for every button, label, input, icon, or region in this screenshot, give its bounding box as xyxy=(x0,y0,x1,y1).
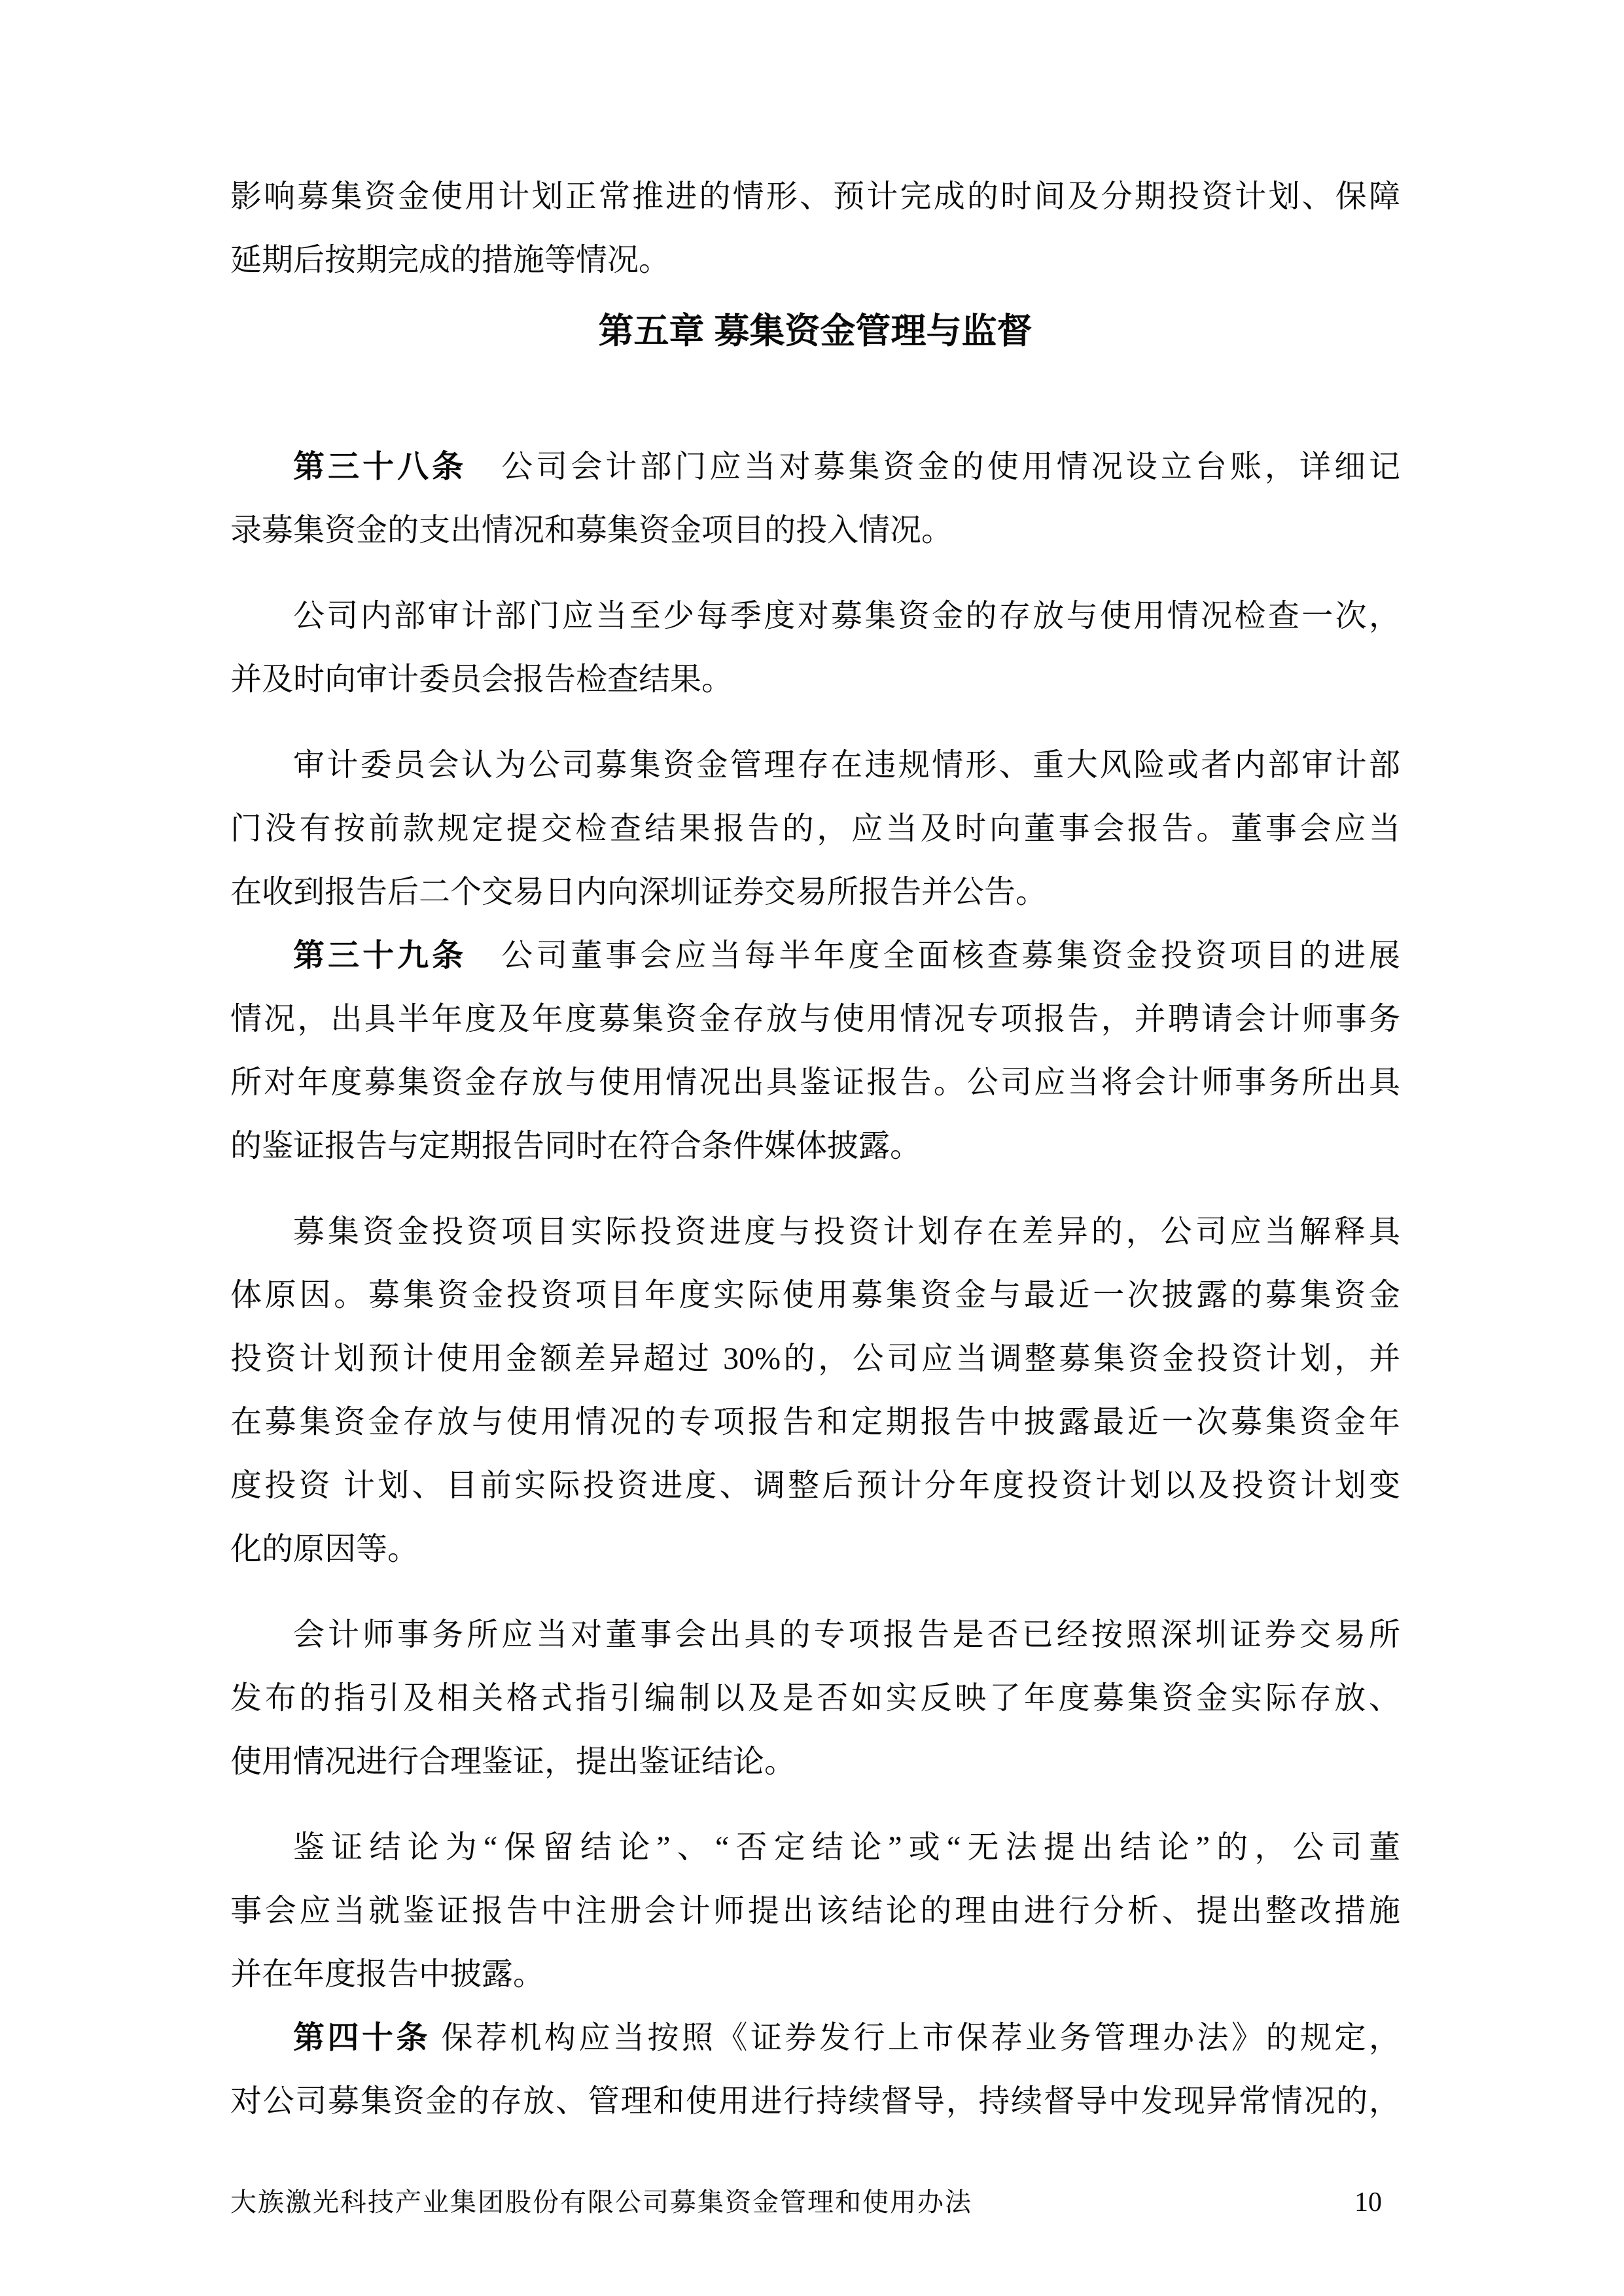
page-number: 10 xyxy=(1354,2184,1382,2221)
text-line: 度投资 计划、目前实际投资进度、调整后预计分年度投资计划以及投资计划变 xyxy=(230,1454,1400,1517)
text-line: 鉴证结论为“保留结论”、“否定结论”或“无法提出结论”的，公司董 xyxy=(230,1816,1400,1879)
text-line: 所对年度募集资金存放与使用情况出具鉴证报告。公司应当将会计师事务所出具 xyxy=(230,1051,1400,1114)
chapter-heading: 第五章 募集资金管理与监督 xyxy=(230,300,1400,363)
text-line: 并在年度报告中披露。 xyxy=(230,1943,1400,2006)
chapter-heading-text: 第五章 募集资金管理与监督 xyxy=(230,300,1400,363)
paragraph: 审计委员会认为公司募集资金管理存在违规情形、重大风险或者内部审计部门没有按前款规… xyxy=(230,733,1400,924)
paragraph: 会计师事务所应当对董事会出具的专项报告是否已经按照深圳证券交易所发布的指引及相关… xyxy=(230,1603,1400,1793)
article-number: 第四十条 xyxy=(293,2021,431,2055)
text-line: 影响募集资金使用计划正常推进的情形、预计完成的时间及分期投资计划、保障 xyxy=(230,165,1400,228)
text-line: 公司内部审计部门应当至少每季度对募集资金的存放与使用情况检查一次， xyxy=(230,584,1400,648)
document-page: 影响募集资金使用计划正常推进的情形、预计完成的时间及分期投资计划、保障延期后按期… xyxy=(0,0,1624,2296)
text-line: 对公司募集资金的存放、管理和使用进行持续督导，持续督导中发现异常情况的， xyxy=(230,2070,1400,2133)
document-content: 影响募集资金使用计划正常推进的情形、预计完成的时间及分期投资计划、保障延期后按期… xyxy=(230,165,1400,2133)
text-line: 发布的指引及相关格式指引编制以及是否如实反映了年度募集资金实际存放、 xyxy=(230,1667,1400,1730)
text-line: 会计师事务所应当对董事会出具的专项报告是否已经按照深圳证券交易所 xyxy=(230,1603,1400,1667)
text-line: 录募集资金的支出情况和募集资金项目的投入情况。 xyxy=(230,499,1400,562)
paragraph: 公司内部审计部门应当至少每季度对募集资金的存放与使用情况检查一次，并及时向审计委… xyxy=(230,584,1400,711)
text-line: 在募集资金存放与使用情况的专项报告和定期报告中披露最近一次募集资金年 xyxy=(230,1390,1400,1454)
text-line: 第三十九条 公司董事会应当每半年度全面核查募集资金投资项目的进展 xyxy=(230,924,1400,987)
text-line: 第三十八条 公司会计部门应当对募集资金的使用情况设立台账，详细记 xyxy=(230,435,1400,499)
text-line: 投资计划预计使用金额差异超过 30%的，公司应当调整募集资金投资计划，并 xyxy=(230,1327,1400,1390)
text-line: 在收到报告后二个交易日内向深圳证券交易所报告并公告。 xyxy=(230,860,1400,924)
text-line: 第四十条 保荐机构应当按照《证券发行上市保荐业务管理办法》的规定， xyxy=(230,2006,1400,2070)
paragraph: 第四十条 保荐机构应当按照《证券发行上市保荐业务管理办法》的规定，对公司募集资金… xyxy=(230,2006,1400,2133)
text-line: 审计委员会认为公司募集资金管理存在违规情形、重大风险或者内部审计部 xyxy=(230,733,1400,797)
text-line: 的鉴证报告与定期报告同时在符合条件媒体披露。 xyxy=(230,1114,1400,1178)
paragraph: 影响募集资金使用计划正常推进的情形、预计完成的时间及分期投资计划、保障延期后按期… xyxy=(230,165,1400,292)
text-line: 事会应当就鉴证报告中注册会计师提出该结论的理由进行分析、提出整改措施 xyxy=(230,1879,1400,1943)
article-number: 第三十八条 xyxy=(293,450,467,484)
footer-title: 大族激光科技产业集团股份有限公司募集资金管理和使用办法 xyxy=(230,2184,972,2221)
paragraph: 募集资金投资项目实际投资进度与投资计划存在差异的，公司应当解释具体原因。募集资金… xyxy=(230,1200,1400,1581)
text-line: 化的原因等。 xyxy=(230,1517,1400,1581)
paragraph: 第三十九条 公司董事会应当每半年度全面核查募集资金投资项目的进展情况，出具半年度… xyxy=(230,924,1400,1178)
paragraph: 第三十八条 公司会计部门应当对募集资金的使用情况设立台账，详细记录募集资金的支出… xyxy=(230,435,1400,562)
article-number: 第三十九条 xyxy=(293,938,467,973)
text-line: 体原因。募集资金投资项目年度实际使用募集资金与最近一次披露的募集资金 xyxy=(230,1263,1400,1327)
text-line: 延期后按期完成的措施等情况。 xyxy=(230,228,1400,292)
text-line: 募集资金投资项目实际投资进度与投资计划存在差异的，公司应当解释具 xyxy=(230,1200,1400,1263)
text-line: 门没有按前款规定提交检查结果报告的，应当及时向董事会报告。董事会应当 xyxy=(230,797,1400,860)
text-line: 并及时向审计委员会报告检查结果。 xyxy=(230,648,1400,711)
text-line: 使用情况进行合理鉴证，提出鉴证结论。 xyxy=(230,1730,1400,1793)
text-line: 情况，出具半年度及年度募集资金存放与使用情况专项报告，并聘请会计师事务 xyxy=(230,987,1400,1051)
page-footer: 大族激光科技产业集团股份有限公司募集资金管理和使用办法 10 xyxy=(230,2184,1400,2221)
paragraph: 鉴证结论为“保留结论”、“否定结论”或“无法提出结论”的，公司董事会应当就鉴证报… xyxy=(230,1816,1400,2006)
